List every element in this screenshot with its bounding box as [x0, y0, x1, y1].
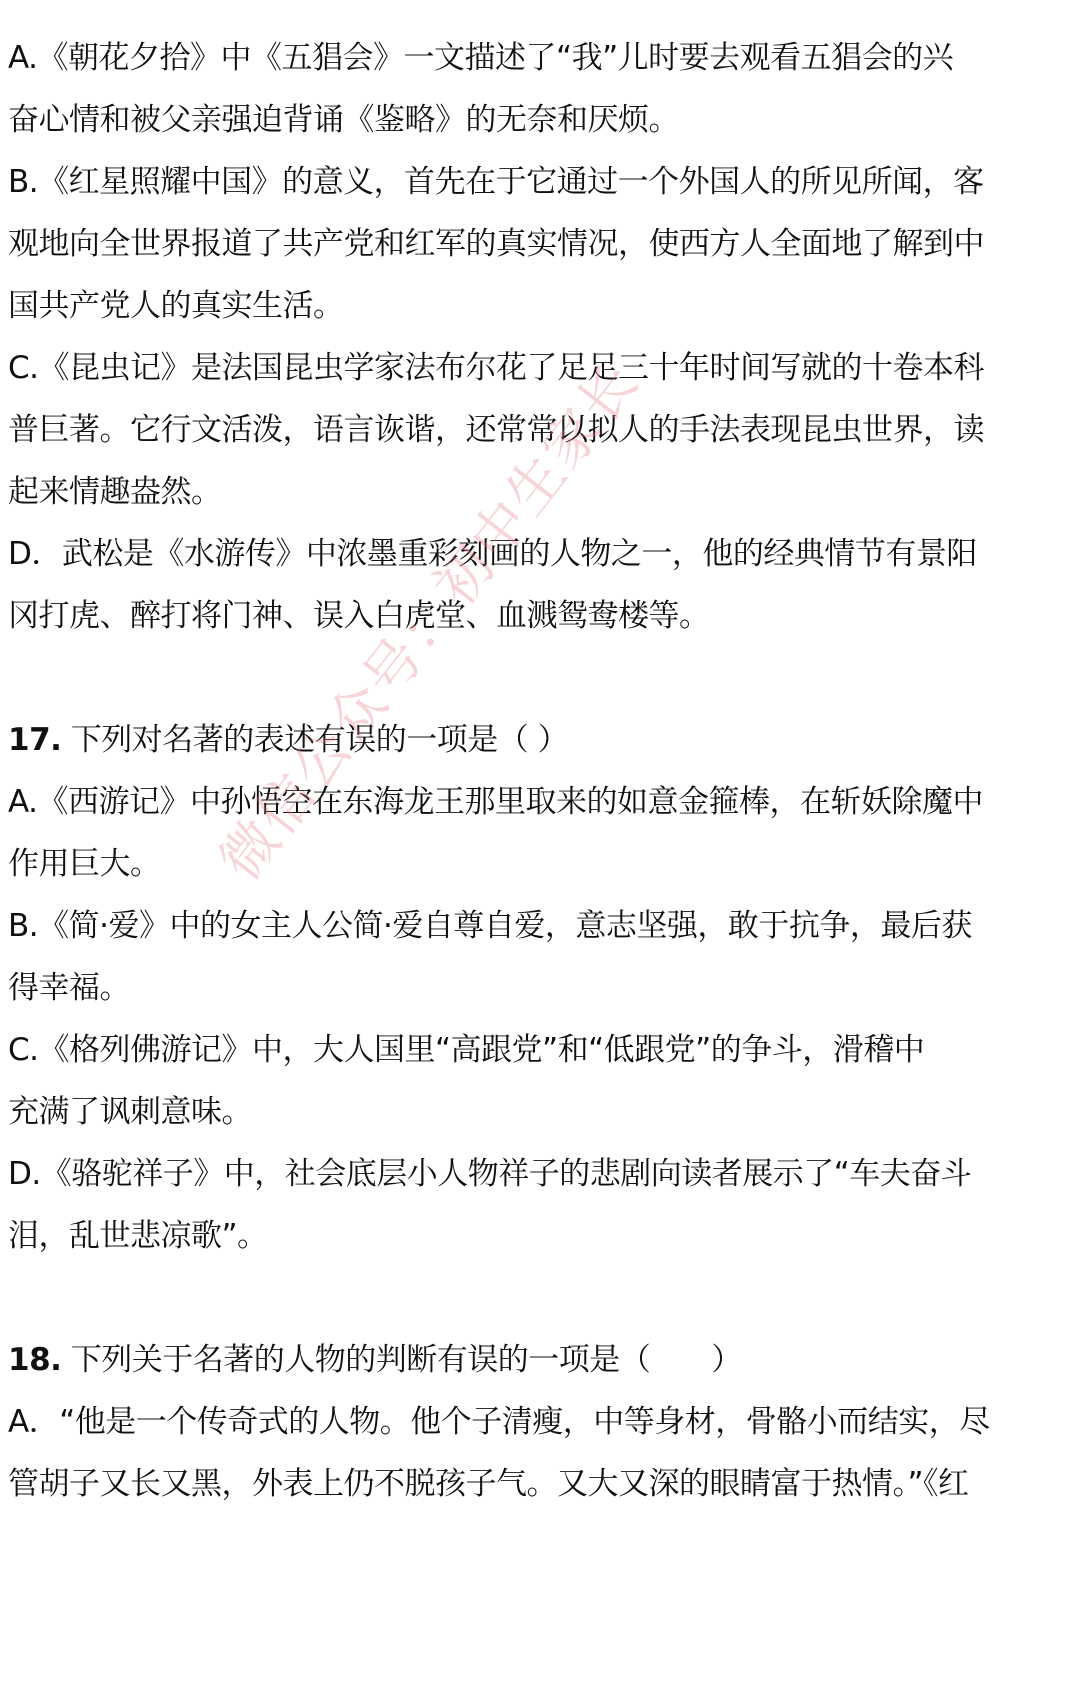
q16-option-b-line1: B.《红星照耀中国》的意义，首先在于它通过一个外国人的所见所闻，客	[8, 162, 984, 202]
q16-option-c-line1: C.《昆虫记》是法国昆虫学家法布尔花了足足三十年时间写就的十卷本科	[8, 348, 984, 388]
q17-option-c-line2: 充满了讽刺意味。	[8, 1092, 252, 1132]
q17-option-a-line2: 作用巨大。	[8, 844, 161, 884]
q17-option-b-line1: B.《简·爱》中的女主人公简·爱自尊自爱，意志坚强，敢于抗争，最后获	[8, 906, 972, 946]
q16-option-b-line2: 观地向全世界报道了共产党和红军的真实情况，使西方人全面地了解到中	[8, 224, 984, 264]
q18-question: 18. 下列关于名著的人物的判断有误的一项是（ ）	[8, 1340, 742, 1380]
q16-option-c-line2: 普巨著。它行文活泼，语言诙谐，还常常以拟人的手法表现昆虫世界，读	[8, 410, 984, 450]
q18-option-a-line1: A．“他是一个传奇式的人物。他个子清瘦，中等身材，骨骼小而结实，尽	[8, 1402, 990, 1442]
q16-option-d-line2: 冈打虎、醉打将门神、误入白虎堂、血溅鸳鸯楼等。	[8, 596, 710, 636]
q17-question: 17. 下列对名著的表述有误的一项是（ ）	[8, 720, 568, 760]
q16-option-a-line1: A.《朝花夕拾》中《五猖会》一文描述了“我”儿时要去观看五猖会的兴	[8, 38, 953, 78]
q17-option-b-line2: 得幸福。	[8, 968, 130, 1008]
q17-option-c-line1: C.《格列佛游记》中，大人国里“高跟党”和“低跟党”的争斗，滑稽中	[8, 1030, 924, 1070]
q17-stem: 下列对名著的表述有误的一项是（ ）	[71, 722, 568, 758]
q16-option-d-line1: D．武松是《水游传》中浓墨重彩刻画的人物之一，他的经典情节有景阳	[8, 534, 977, 574]
q17-option-d-line1: D.《骆驼祥子》中，社会底层小人物祥子的悲剧向读者展示了“车夫奋斗	[8, 1154, 971, 1194]
q17-number: 17.	[8, 722, 61, 758]
q16-option-b-line3: 国共产党人的真实生活。	[8, 286, 344, 326]
q18-number: 18.	[8, 1342, 61, 1378]
q16-option-c-line3: 起来情趣盎然。	[8, 472, 222, 512]
q17-option-d-line2: 泪，乱世悲凉歌”。	[8, 1216, 268, 1256]
q18-stem: 下列关于名著的人物的判断有误的一项是（ ）	[71, 1342, 742, 1378]
q18-option-a-line2: 管胡子又长又黑，外表上仍不脱孩子气。又大又深的眼睛富于热情。”《红	[8, 1464, 969, 1504]
q16-option-a-line2: 奋心情和被父亲强迫背诵《鉴略》的无奈和厌烦。	[8, 100, 679, 140]
q17-option-a-line1: A.《西游记》中孙悟空在东海龙王那里取来的如意金箍棒，在斩妖除魔中	[8, 782, 983, 822]
